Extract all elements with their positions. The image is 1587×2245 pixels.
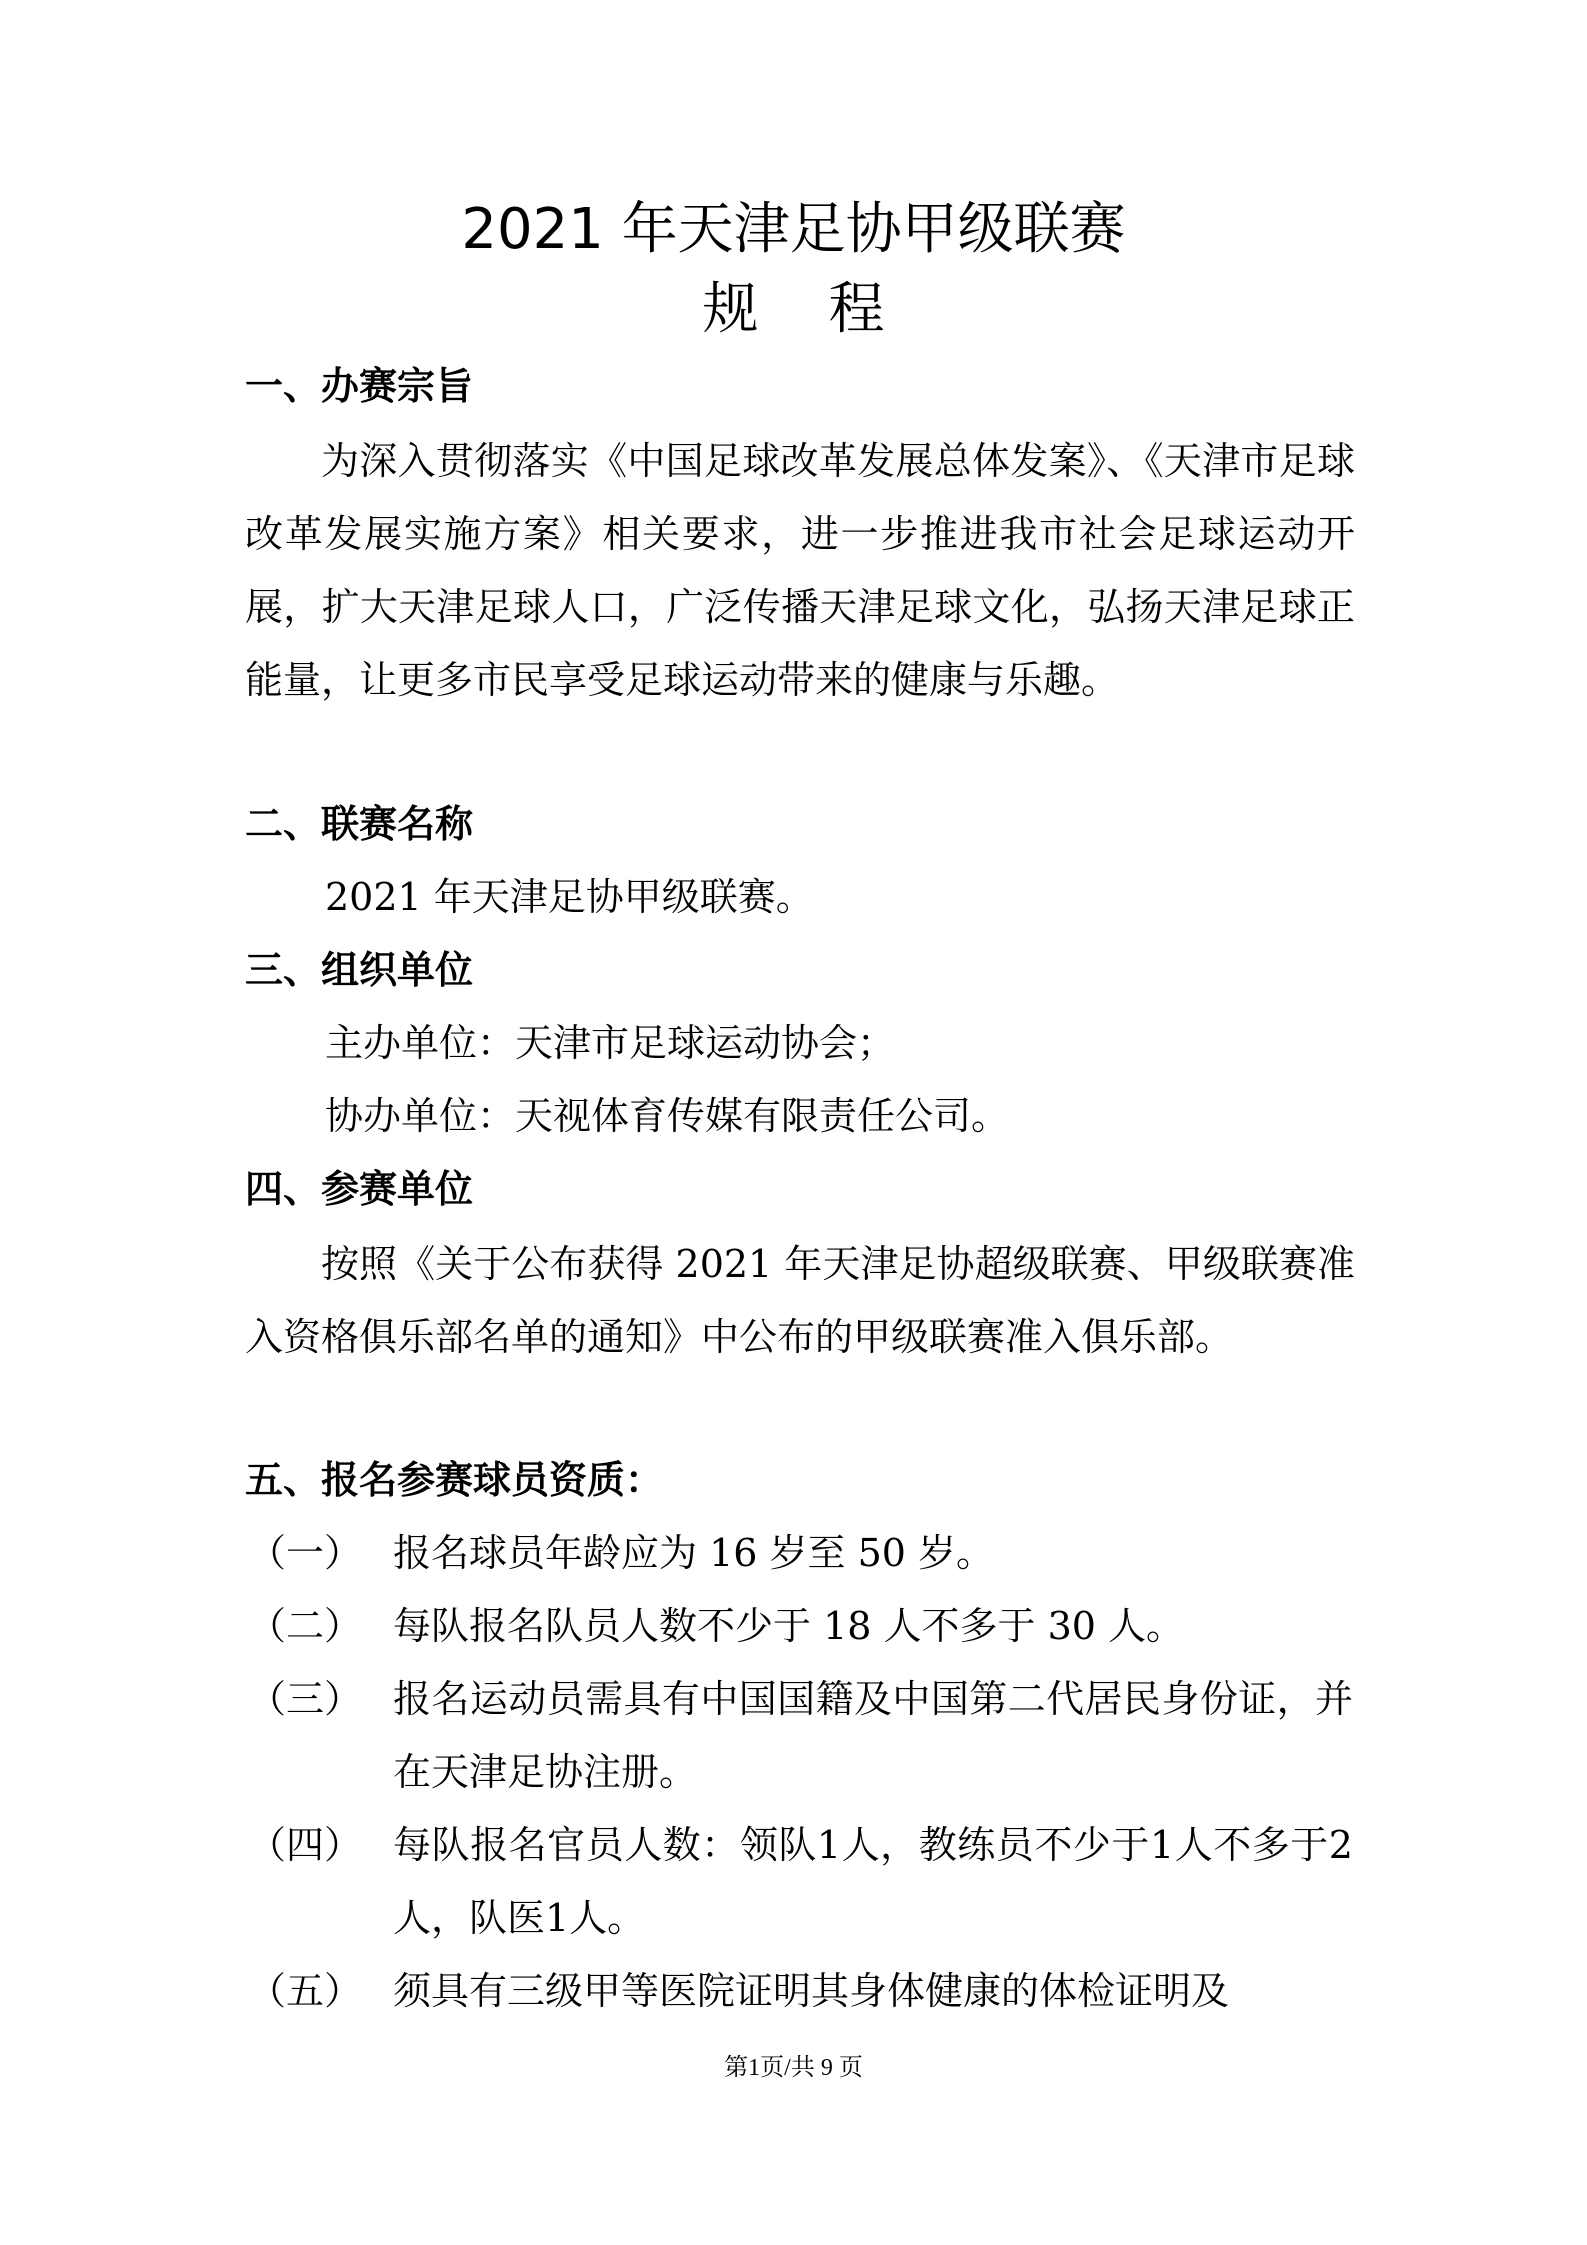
- list-item-text: 每队报名队员人数不少于 18 人不多于 30 人。: [393, 1590, 1353, 1663]
- list-item-number: （一）: [248, 1529, 362, 1577]
- list-item-text: 每队报名官员人数：领队1人，教练员不少于1人不多于2人，队医1人。: [393, 1809, 1353, 1955]
- list-item-number: （二）: [248, 1602, 362, 1650]
- list-item-number: （四）: [248, 1821, 362, 1869]
- section-heading-eligibility: 五、报名参赛球员资质：: [245, 1456, 663, 1504]
- list-item-number: （三）: [248, 1675, 362, 1723]
- document-subtitle: 规程: [0, 278, 1587, 342]
- list-item-number: （五）: [248, 1967, 362, 2015]
- section-heading-organizers: 三、组织单位: [245, 946, 473, 994]
- document-title: 2021 年天津足协甲级联赛: [0, 198, 1587, 262]
- section-text-league-name: 2021 年天津足协甲级联赛。: [325, 873, 814, 921]
- section-heading-league-name: 二、联赛名称: [245, 800, 473, 848]
- section-heading-purpose: 一、办赛宗旨: [245, 362, 473, 410]
- organizer-co-host: 协办单位：天视体育传媒有限责任公司。: [325, 1092, 1009, 1140]
- list-item-text: 报名球员年龄应为 16 岁至 50 岁。: [393, 1517, 1353, 1590]
- organizer-host: 主办单位：天津市足球运动协会；: [325, 1019, 895, 1067]
- section-paragraph-participants: 按照《关于公布获得 2021 年天津足协超级联赛、甲级联赛准入资格俱乐部名单的通…: [245, 1228, 1355, 1374]
- list-item-text: 报名运动员需具有中国国籍及中国第二代居民身份证，并在天津足协注册。: [393, 1663, 1353, 1809]
- page-number-footer: 第1页/共 9 页: [0, 2053, 1587, 2083]
- document-page: 2021 年天津足协甲级联赛 规程 一、办赛宗旨 为深入贯彻落实《中国足球改革发…: [0, 0, 1587, 2245]
- list-item-text: 须具有三级甲等医院证明其身体健康的体检证明及: [393, 1955, 1353, 2028]
- section-heading-participants: 四、参赛单位: [245, 1165, 473, 1213]
- section-paragraph-purpose: 为深入贯彻落实《中国足球改革发展总体发案》、《天津市足球改革发展实施方案》相关要…: [245, 425, 1355, 717]
